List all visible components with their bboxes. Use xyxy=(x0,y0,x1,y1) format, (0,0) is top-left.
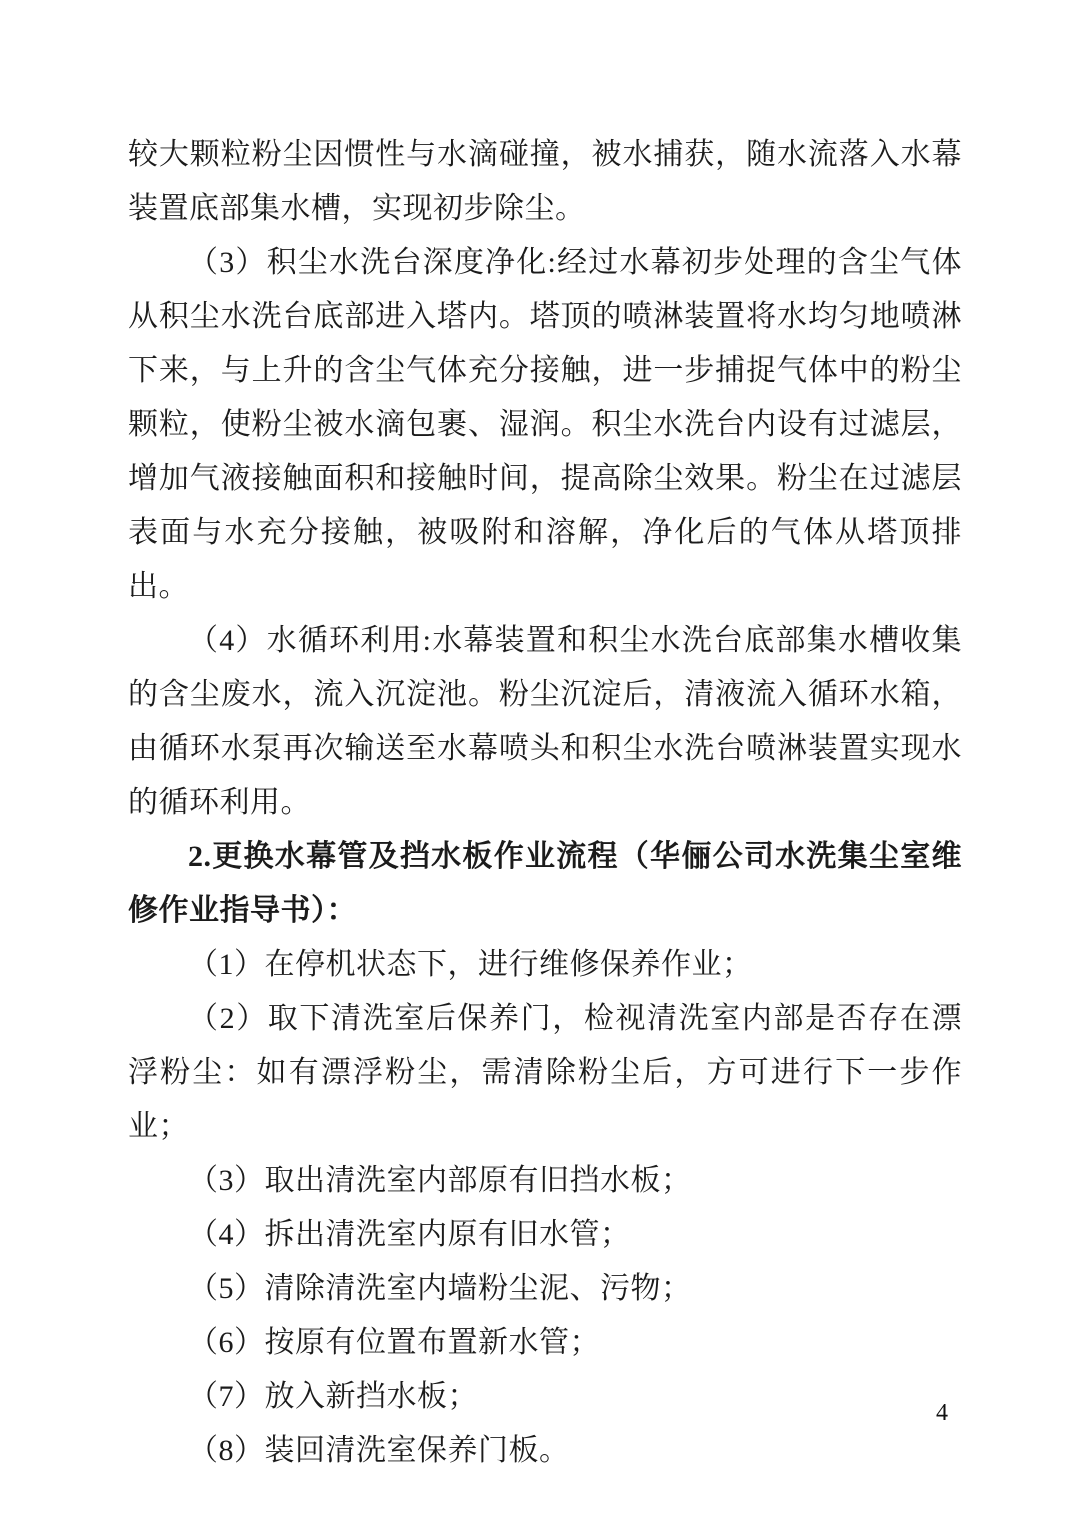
document-page: 较大颗粒粉尘因惯性与水滴碰撞，被水捕获，随水流落入水幕装置底部集水槽，实现初步除… xyxy=(0,0,1074,1520)
list-item-2: （2）取下清洗室后保养门，检视清洗室内部是否存在漂浮粉尘：如有漂浮粉尘，需清除粉… xyxy=(128,992,962,1154)
text-body: 较大颗粒粉尘因惯性与水滴碰撞，被水捕获，随水流落入水幕装置底部集水槽，实现初步除… xyxy=(128,128,962,1478)
list-item-3: （3）取出清洗室内部原有旧挡水板； xyxy=(128,1154,962,1208)
list-item-8: （8）装回清洗室保养门板。 xyxy=(128,1424,962,1478)
list-item-5: （5）清除清洗室内墙粉尘泥、污物； xyxy=(128,1262,962,1316)
list-item-7: （7）放入新挡水板； xyxy=(128,1370,962,1424)
paragraph-step4-water-recycle: （4）水循环利用:水幕装置和积尘水洗台底部集水槽收集的含尘废水，流入沉淀池。粉尘… xyxy=(128,614,962,830)
paragraph-step3-cleaning: （3）积尘水洗台深度净化:经过水幕初步处理的含尘气体从积尘水洗台底部进入塔内。塔… xyxy=(128,236,962,614)
list-item-1: （1）在停机状态下，进行维修保养作业； xyxy=(128,938,962,992)
page-number: 4 xyxy=(922,1398,962,1428)
section-heading: 2.更换水幕管及挡水板作业流程（华俪公司水洗集尘室维修作业指导书）： xyxy=(128,830,962,938)
list-item-6: （6）按原有位置布置新水管； xyxy=(128,1316,962,1370)
paragraph-continuation: 较大颗粒粉尘因惯性与水滴碰撞，被水捕获，随水流落入水幕装置底部集水槽，实现初步除… xyxy=(128,128,962,236)
list-item-4: （4）拆出清洗室内原有旧水管； xyxy=(128,1208,962,1262)
